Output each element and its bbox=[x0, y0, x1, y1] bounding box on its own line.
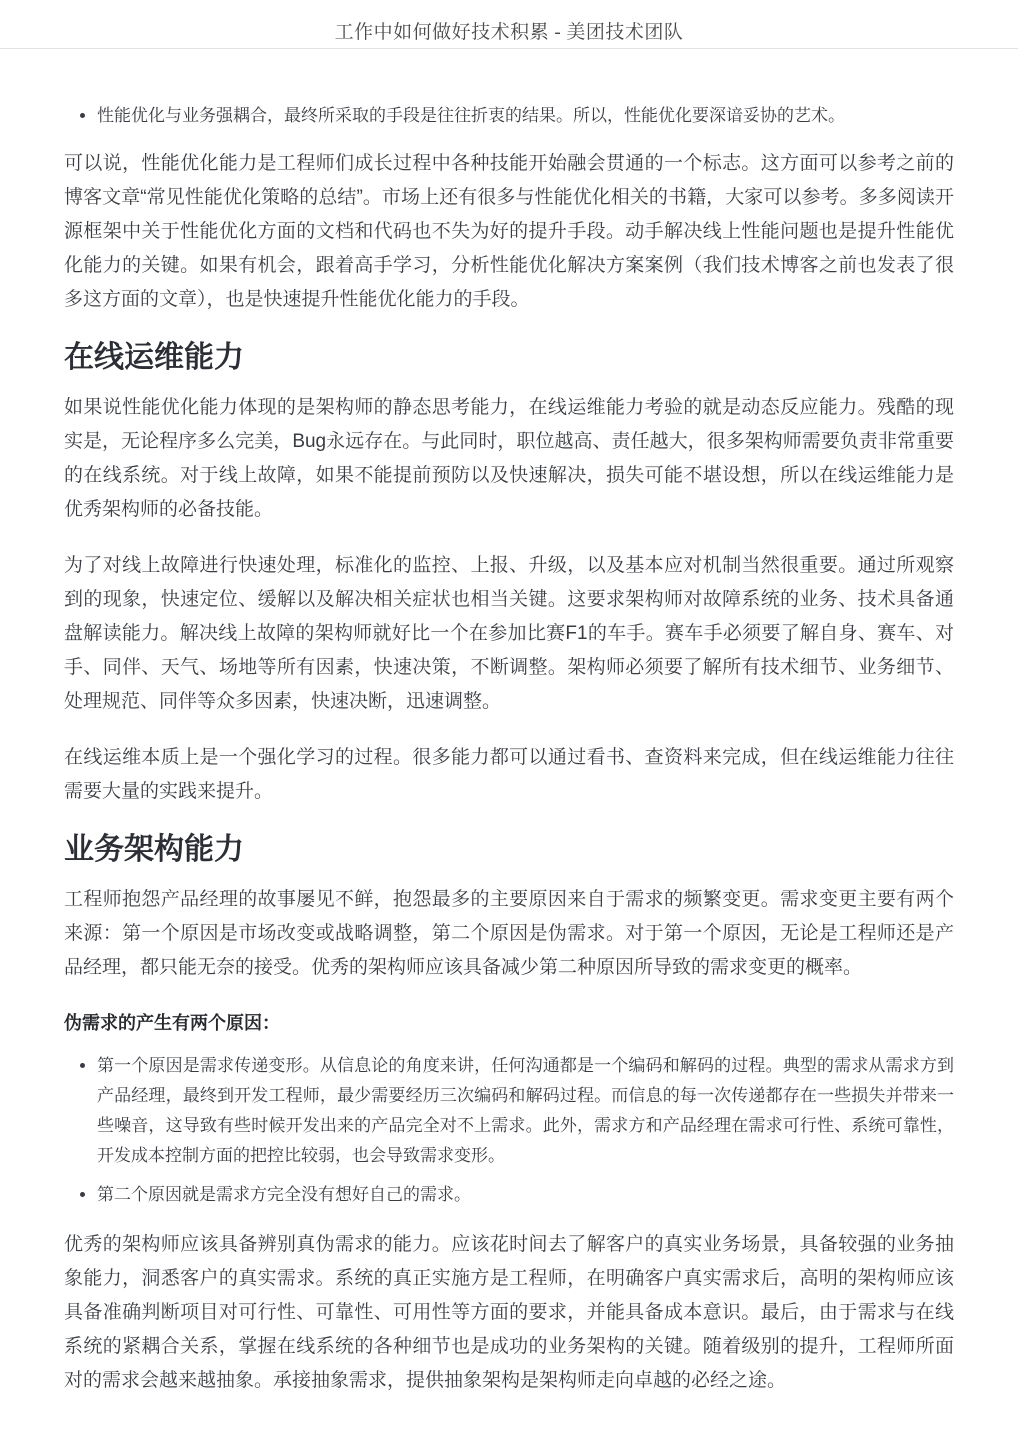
perf-summary-paragraph: 可以说，性能优化能力是工程师们成长过程中各种技能开始融会贯通的一个标志。这方面可… bbox=[64, 147, 954, 317]
pseudo-demand-reasons-list: 第一个原因是需求传递变形。从信息论的角度来讲，任何沟通都是一个编码和解码的过程。… bbox=[64, 1051, 954, 1210]
biz-paragraph-2: 优秀的架构师应该具备辨别真伪需求的能力。应该花时间去了解客户的真实业务场景，具备… bbox=[64, 1228, 954, 1398]
ops-paragraph-2: 为了对线上故障进行快速处理，标准化的监控、上报、升级，以及基本应对机制当然很重要… bbox=[64, 549, 954, 719]
print-header: 工作中如何做好技术积累 - 美团技术团队 bbox=[0, 0, 1018, 49]
page-title: 工作中如何做好技术积累 - 美团技术团队 bbox=[335, 22, 684, 43]
perf-tips-list: 性能优化与业务强耦合，最终所采取的手段是往往折衷的结果。所以，性能优化要深谙妥协… bbox=[64, 101, 954, 131]
biz-paragraph-1: 工程师抱怨产品经理的故事屡见不鲜，抱怨最多的主要原因来自于需求的频繁变更。需求变… bbox=[64, 883, 954, 985]
list-item: 性能优化与业务强耦合，最终所采取的手段是往往折衷的结果。所以，性能优化要深谙妥协… bbox=[97, 101, 954, 131]
section-heading-business-architecture: 业务架构能力 bbox=[64, 831, 954, 869]
document-page: 工作中如何做好技术积累 - 美团技术团队 性能优化与业务强耦合，最终所采取的手段… bbox=[0, 0, 1018, 1440]
pseudo-demand-label: 伪需求的产生有两个原因： bbox=[64, 1007, 954, 1039]
ops-paragraph-1: 如果说性能优化能力体现的是架构师的静态思考能力，在线运维能力考验的就是动态反应能… bbox=[64, 391, 954, 527]
article-content: 性能优化与业务强耦合，最终所采取的手段是往往折衷的结果。所以，性能优化要深谙妥协… bbox=[0, 49, 1018, 1398]
list-item: 第二个原因就是需求方完全没有想好自己的需求。 bbox=[97, 1180, 954, 1210]
section-heading-online-ops: 在线运维能力 bbox=[64, 339, 954, 377]
list-item: 第一个原因是需求传递变形。从信息论的角度来讲，任何沟通都是一个编码和解码的过程。… bbox=[97, 1051, 954, 1171]
ops-paragraph-3: 在线运维本质上是一个强化学习的过程。很多能力都可以通过看书、查资料来完成，但在线… bbox=[64, 741, 954, 809]
